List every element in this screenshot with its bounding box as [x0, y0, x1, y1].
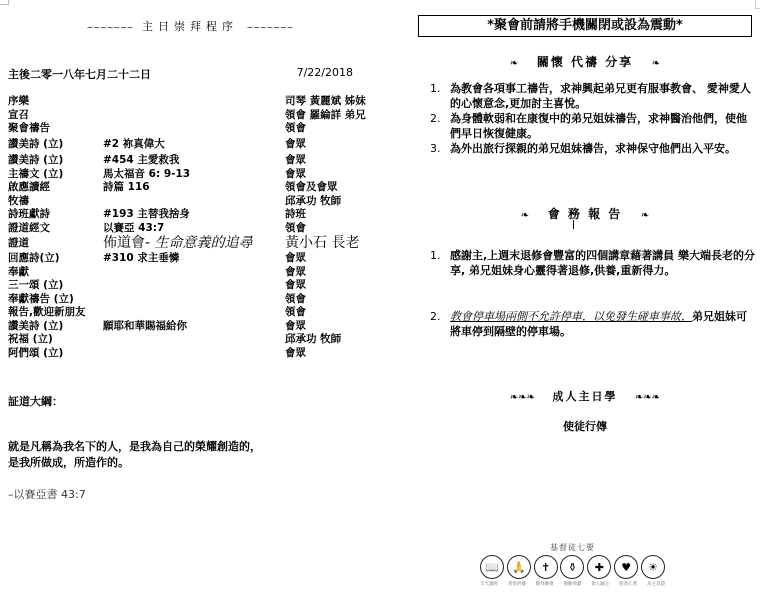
program-leader: 會眾 — [285, 252, 306, 266]
program-leader: 領會 — [285, 306, 306, 320]
program-leader: 會眾 — [285, 347, 306, 361]
program-leader: 會眾 — [285, 279, 306, 293]
phone-notice-box: *聚會前請將手機關閉或設為震動* — [418, 15, 752, 37]
program-row: 祝福 (立)邱承功 牧師 — [8, 333, 378, 347]
ornament-left-icon: ~~~~~~~ — [87, 23, 134, 32]
program-row-sermon: 證道佈道會- 生命意義的追尋黃小石 長老 — [8, 235, 378, 252]
program-detail: #454 主愛救我 — [103, 152, 179, 168]
scroll-ornament-icon: ❧❧❧ — [510, 392, 535, 403]
leaf-ornament-icon: ❧ — [510, 58, 518, 69]
program-detail: #2 祢真偉大 — [103, 136, 165, 152]
bible-reading-icon: 📖 — [480, 555, 504, 579]
program-row: 牧禱邱承功 牧師 — [8, 195, 378, 209]
item-number: 3. — [430, 142, 441, 157]
seven-essentials-icons: 📖 🙏 ✝ ⚱ ✚ ♥ ☀ — [480, 555, 665, 579]
prayer-section-title: 關懷 代禱 分享 — [537, 55, 633, 69]
seven-essentials-labels: 天天讀經 常常祈禱 敬拜聚會 殷勤奉獻 領人歸主 慈善仁愛 為主見證 — [480, 581, 665, 587]
program-detail: #310 求主垂憐 — [103, 252, 179, 266]
program-row: 證道經文以賽亞 43:7領會 — [8, 222, 378, 236]
program-list: 序樂司琴 黃麗斌 姊妹 宣召領會 羅綸詳 弟兄 聚會禱告領會 讚美詩 (立)#2… — [8, 95, 378, 360]
program-detail: 以賽亞 43:7 — [103, 222, 164, 236]
prayer-item: 1.為教會各項事工禱告，求神興起弟兄更有服事教會、 愛神愛人的心懷意念,更加討主… — [430, 82, 755, 111]
prayer-list: 1.為教會各項事工禱告，求神興起弟兄更有服事教會、 愛神愛人的心懷意念,更加討主… — [430, 82, 755, 158]
seven-essentials-title: 基督徒七要 — [480, 542, 665, 553]
program-item: 牧禱 — [8, 195, 29, 209]
program-item: 宣召 — [8, 109, 29, 123]
date-chinese: 主後二零一八年七月二十二日 — [8, 68, 151, 81]
program-item: 祝福 (立) — [8, 333, 53, 347]
announcement-list: 2.教會停車場兩側不允許停車，以免發生碰車事故，弟兄姐妹可將車停到隔壁的停車場。 — [430, 310, 755, 340]
program-leader: 會眾 — [285, 320, 306, 334]
ornament-right-icon: ~~~~~~~ — [247, 23, 294, 32]
program-leader: 領會 — [285, 293, 306, 307]
leaf-ornament-icon: ❧ — [652, 58, 660, 69]
announcements-heading: ❧ 會 務 報 告 ❧ — [410, 205, 760, 222]
program-leader: 會眾 — [285, 266, 306, 280]
program-item: 聚會禱告 — [8, 122, 50, 136]
essential-label: 常常祈禱 — [508, 581, 526, 587]
essential-label: 敬拜聚會 — [536, 581, 554, 587]
program-row: 讚美詩 (立)#454 主愛救我會眾 — [8, 152, 378, 168]
scroll-ornament-icon: ❧❧❧ — [635, 392, 660, 403]
program-item: 序樂 — [8, 95, 29, 109]
program-row: 啟應讀經詩篇 116領會及會眾 — [8, 181, 378, 195]
announcement-list: 1.感謝主,上週末退修會豐富的四個講章藉著講員 樂大端長老的分享, 弟兄姐妹身心… — [430, 249, 755, 279]
verse-line: 就是凡稱為我名下的人，是我為自己的榮耀創造的， — [8, 439, 261, 455]
program-detail: 馬太福音 6: 9-13 — [103, 168, 190, 182]
charity-icon: ♥ — [614, 555, 638, 579]
program-item: 讚美詩 (立) — [8, 136, 63, 152]
program-leader: 邱承功 牧師 — [285, 195, 341, 209]
program-item: 阿們頌 (立) — [8, 347, 63, 361]
sermon-title-italic: 生命意義的追尋 — [155, 235, 253, 251]
program-row: 主禱文 (立)馬太福音 6: 9-13會眾 — [8, 168, 378, 182]
essential-label: 為主見證 — [647, 581, 665, 587]
item-number: 1. — [430, 82, 441, 97]
program-detail: #193 主替我捨身 — [103, 208, 190, 222]
program-row: 阿們頌 (立)會眾 — [8, 347, 378, 361]
verse-reference: –以賽亞書 43:7 — [8, 486, 86, 502]
program-row: 宣召領會 羅綸詳 弟兄 — [8, 109, 378, 123]
program-item: 讚美詩 (立) — [8, 152, 63, 168]
item-number: 1. — [430, 249, 441, 264]
program-item: 讚美詩 (立) — [8, 320, 63, 334]
date-numeric: 7/22/2018 — [297, 66, 353, 79]
essential-label: 領人歸主 — [591, 581, 609, 587]
program-row: 詩班獻詩#193 主替我捨身詩班 — [8, 208, 378, 222]
program-leader: 領會及會眾 — [285, 181, 338, 195]
item-number: 2. — [430, 112, 441, 127]
item-text-emphasis: 教會停車場兩側不允許停車，以免發生碰車事故， — [450, 310, 692, 323]
program-row: 回應詩(立)#310 求主垂憐會眾 — [8, 252, 378, 266]
program-item: 奉獻禱告 (立) — [8, 293, 74, 307]
sunday-school-title: 成人主日學 — [553, 390, 618, 403]
program-item: 回應詩(立) — [8, 252, 60, 266]
program-item: 奉獻 — [8, 266, 29, 280]
prayer-item: 3.為外出旅行探親的弟兄姐妹禱告，求神保守他們出入平安。 — [430, 142, 755, 157]
announcement-item: 2.教會停車場兩側不允許停車，以免發生碰車事故，弟兄姐妹可將車停到隔壁的停車場。 — [430, 310, 755, 339]
program-row: 奉獻會眾 — [8, 266, 378, 280]
prayer-section-heading: ❧ 關懷 代禱 分享 ❧ — [410, 53, 760, 70]
essential-label: 殷勤奉獻 — [563, 581, 581, 587]
item-number: 2. — [430, 310, 441, 325]
program-leader: 會眾 — [285, 136, 306, 152]
item-text: 感謝主,上週末退修會豐富的四個講章藉著講員 樂大端長老的分享, 弟兄姐妹身心靈得… — [450, 249, 755, 277]
essential-label: 天天讀經 — [480, 581, 498, 587]
scripture-verse: 就是凡稱為我名下的人，是我為自己的榮耀創造的， 是我所做成，所造作的。 — [8, 439, 261, 471]
offering-icon: ⚱ — [560, 555, 584, 579]
program-item: 證道 — [8, 235, 29, 252]
program-row: 聚會禱告領會 — [8, 122, 378, 136]
announcement-item: 1.感謝主,上週末退修會豐富的四個講章藉著講員 樂大端長老的分享, 弟兄姐妹身心… — [430, 249, 755, 278]
item-text: 為教會各項事工禱告，求神興起弟兄更有服事教會、 愛神愛人的心懷意念,更加討主喜悅… — [450, 82, 751, 110]
program-row: 讚美詩 (立)#2 祢真偉大會眾 — [8, 136, 378, 152]
leaf-ornament-icon: ❧ — [641, 210, 649, 221]
verse-line: 是我所做成，所造作的。 — [8, 455, 261, 471]
witness-icon: ☀ — [641, 555, 665, 579]
announcements-title: 會 務 報 告 — [548, 207, 623, 221]
text-cursor — [573, 220, 574, 229]
program-row: 報告,歡迎新朋友領會 — [8, 306, 378, 320]
program-leader: 司琴 黃麗斌 姊妹 — [285, 95, 366, 109]
seven-essentials-graphic: 基督徒七要 📖 🙏 ✝ ⚱ ✚ ♥ ☀ 天天讀經 常常祈禱 敬拜聚會 殷勤奉獻 … — [480, 542, 665, 587]
item-text: 為身體軟弱和在康復中的弟兄姐妹禱告，求神醫治他們，使他們早日恢復健康。 — [450, 112, 747, 140]
sermon-title: 佈道會- 生命意義的追尋 — [103, 235, 253, 252]
program-leader: 詩班 — [285, 208, 306, 222]
program-item: 主禱文 (立) — [8, 168, 63, 182]
program-leader: 邱承功 牧師 — [285, 333, 341, 347]
worship-icon: ✝ — [534, 555, 558, 579]
program-row: 讚美詩 (立)願耶和華賜福給你會眾 — [8, 320, 378, 334]
prayer-icon: 🙏 — [507, 555, 531, 579]
program-leader: 會眾 — [285, 168, 306, 182]
program-row: 三一頌 (立)會眾 — [8, 279, 378, 293]
essential-label: 慈善仁愛 — [619, 581, 637, 587]
program-row: 奉獻禱告 (立)領會 — [8, 293, 378, 307]
crop-mark — [755, 0, 760, 9]
evangelism-icon: ✚ — [587, 555, 611, 579]
program-item: 報告,歡迎新朋友 — [8, 306, 86, 320]
program-row: 序樂司琴 黃麗斌 姊妹 — [8, 95, 378, 109]
program-item: 三一頌 (立) — [8, 279, 63, 293]
program-leader: 會眾 — [285, 152, 306, 168]
date-row: 主後二零一八年七月二十二日 7/22/2018 — [8, 66, 353, 82]
program-item: 啟應讀經 — [8, 181, 50, 195]
program-leader: 領會 — [285, 122, 306, 136]
program-item: 詩班獻詩 — [8, 208, 50, 222]
program-detail: 詩篇 116 — [103, 181, 150, 195]
program-item: 證道經文 — [8, 222, 50, 236]
sunday-school-subject: 使徒行傳 — [410, 418, 760, 434]
item-text: 為外出旅行探親的弟兄姐妹禱告，求神保守他們出入平安。 — [450, 142, 736, 155]
sunday-school-heading: ❧❧❧ 成人主日學 ❧❧❧ — [410, 388, 760, 404]
program-leader: 領會 羅綸詳 弟兄 — [285, 109, 366, 123]
prayer-item: 2.為身體軟弱和在康復中的弟兄姐妹禱告，求神醫治他們，使他們早日恢復健康。 — [430, 112, 755, 141]
program-leader: 領會 — [285, 222, 306, 236]
program-detail: 願耶和華賜福給你 — [103, 320, 187, 334]
crop-mark — [0, 0, 9, 5]
sermon-outline-label: 証道大綱： — [8, 393, 63, 409]
sermon-title-prefix: 佈道會- — [103, 235, 155, 251]
title-text: 主日崇拜程序 — [142, 20, 238, 33]
leaf-ornament-icon: ❧ — [521, 210, 529, 221]
worship-order-title: ~~~~~~~ 主日崇拜程序 ~~~~~~~ — [0, 18, 380, 34]
program-leader: 黃小石 長老 — [285, 235, 359, 252]
